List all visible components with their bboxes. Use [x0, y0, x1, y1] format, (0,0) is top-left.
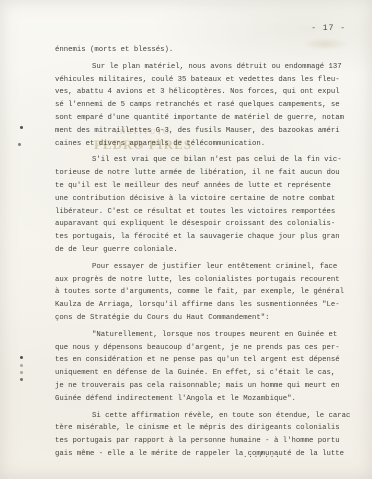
paragraph: "Naturellement, lorsque nos troupes meur…	[55, 329, 355, 406]
text-line: sé l'ennemi de 5 camps retranchés et ras…	[55, 99, 355, 112]
text-line: aux progrès de notre lutte, les colonial…	[55, 274, 355, 287]
text-line: çons de Stratégie du Cours du Haut Comma…	[55, 312, 355, 325]
paragraph: Sur le plan matériel, nous avons détruit…	[55, 61, 355, 151]
text-line: tes portugais par rapport à la personne …	[55, 435, 355, 448]
text-line: torieuse de notre lutte armée de libérat…	[55, 167, 355, 180]
paragraph: S'il est vrai que ce bilan n'est pas cel…	[55, 154, 355, 256]
text-line: auparavant qui expliquent le désespoir c…	[55, 218, 355, 231]
text-line: tes en considération et ne pense pas qu'…	[55, 354, 355, 367]
text-line: Sur le plan matériel, nous avons détruit…	[55, 61, 355, 74]
ink-speck	[20, 126, 23, 129]
text-line: Kaulza de Arriaga, lorsqu'il affirme dan…	[55, 299, 355, 312]
text-line: sont emparé d'une quantité importante de…	[55, 112, 355, 125]
page-number: - 17 -	[311, 24, 346, 33]
scanned-document-page: - 17 - INSTITUTO PEDRO PIRES énnemis (mo…	[0, 0, 372, 479]
text-line: à toutes sorte d'arguments, comme le fai…	[55, 286, 355, 299]
text-line: je ne trouverais pas cela raisonnable; m…	[55, 380, 355, 393]
text-line: gais même - elle a le mérite de rappeler…	[55, 448, 355, 461]
text-line: énnemis (morts et blessés).	[55, 44, 355, 57]
text-line: ves, abattu 4 avions et 3 hélicoptères. …	[55, 86, 355, 99]
ink-speck	[20, 371, 23, 374]
text-line: que nous y dépensons beaucoup d'argent, …	[55, 342, 355, 355]
text-line: te qu'il est le meilleur des neuf années…	[55, 180, 355, 193]
text-line: S'il est vrai que ce bilan n'est pas cel…	[55, 154, 355, 167]
document-body: énnemis (morts et blessés).Sur le plan m…	[55, 44, 355, 465]
text-line: caines et divers appareils de télécommun…	[55, 138, 355, 151]
ink-speck	[18, 143, 21, 146]
text-line: tère misérable, le cinisme et le mépris …	[55, 422, 355, 435]
text-line: Si cette affirmation révèle, en toute so…	[55, 410, 355, 423]
text-line: uniquement en défense de la Guinée. En e…	[55, 367, 355, 380]
paragraph: Si cette affirmation révèle, en toute so…	[55, 410, 355, 461]
text-line: véhicules militaires, coulé 35 bateaux e…	[55, 74, 355, 87]
text-line: une contribution décisive à la victoire …	[55, 193, 355, 206]
ink-speck	[20, 356, 23, 359]
continuation-mark: .../...	[243, 452, 281, 460]
text-line: libérateur. C'est ce résultat et toutes …	[55, 206, 355, 219]
text-line: Pour essayer de justifier leur entêtemen…	[55, 261, 355, 274]
text-line: de de leur guerre coloniale.	[55, 244, 355, 257]
text-line: tes portugais, la férocité et la sauvage…	[55, 231, 355, 244]
text-line: "Naturellement, lorsque nos troupes meur…	[55, 329, 355, 342]
text-line: ment des mitraillettes G-3, des fusils M…	[55, 125, 355, 138]
paragraph: Pour essayer de justifier leur entêtemen…	[55, 261, 355, 325]
ink-speck	[20, 364, 23, 367]
text-line: Guinée défend indirectement l'Angola et …	[55, 393, 355, 406]
ink-speck	[20, 378, 23, 381]
paragraph: énnemis (morts et blessés).	[55, 44, 355, 57]
